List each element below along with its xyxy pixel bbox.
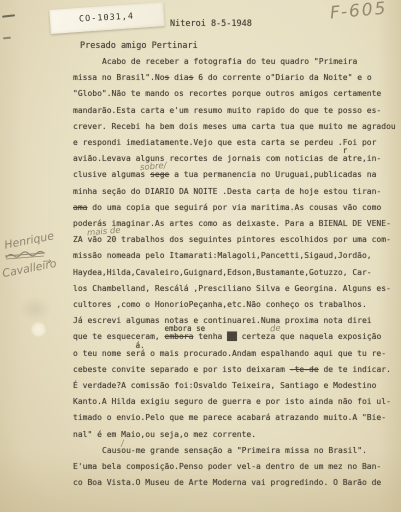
- letter-line: minha seção do DIARIO DA NOITE .Desta ca…: [73, 187, 381, 199]
- pencil-correction: ˙: [290, 211, 294, 219]
- letter-line: ZA vão 20 trabalhos dos seguintes pintor…: [73, 235, 391, 247]
- letter-body: Acabo de receber a fotografia do teu qua…: [0, 57, 401, 497]
- dateline: Niteroi 8-5-1948: [170, 19, 252, 29]
- archive-sticker: CO-1031,4: [49, 2, 164, 34]
- pencil-correction: ´: [270, 195, 274, 203]
- letter-line: missão nomeada pelo Itamarati:Malagoli,P…: [73, 251, 372, 263]
- letter-line: poderás imaginar.As artes como as deixas…: [73, 219, 391, 231]
- letter-line: co Boa Vista.O Museu de Arte Moderna vai…: [73, 478, 381, 490]
- typed-correction: á.: [136, 341, 145, 350]
- pencil-correction: de: [270, 324, 281, 335]
- letter-line: Acabo de receber a fotografia do teu qua…: [102, 57, 357, 69]
- file-code-annotation: F-605: [329, 0, 388, 23]
- letter-line: clusive algumas sege a tua permanencia n…: [73, 170, 376, 182]
- letter-line: Haydea,Hilda,Cavaleiro,Guignard,Edson,Bu…: [73, 268, 372, 280]
- letter-line: É verdade?A comissão foi:Osvaldo Teixeir…: [73, 381, 376, 393]
- letter-line: E'uma bela composição.Penso poder vel-a …: [73, 462, 381, 474]
- letter-line: "Globo".Não te mando os recortes porque …: [73, 89, 381, 101]
- archive-sticker-label: CO-1031,4: [79, 12, 135, 25]
- letter-line: Causou-me grande sensação a "Primeira mi…: [102, 446, 367, 458]
- letter-line: avião.Levava alguns recortes de jornais …: [73, 154, 381, 166]
- letter-line: o teu nome será o mais procurado.Andam e…: [73, 349, 386, 361]
- letter-line: cultores ,como o HonorioPeçanha,etc.Não …: [73, 300, 367, 312]
- typed-correction: r: [343, 146, 348, 155]
- letter-line: crever. Recebi ha bem dois meses uma car…: [73, 122, 396, 134]
- letter-line: timado o envio.Pelo que me parece acabar…: [73, 413, 386, 425]
- letter-line: e respondi imediatamente.Vejo que esta c…: [73, 138, 376, 150]
- scanned-letter-page: CO-1031,4 F-605 Niteroi 8-5-1948 Presado…: [0, 0, 401, 512]
- letter-line: nal" é em Maio,ou seja,o mez corrente.: [73, 430, 256, 442]
- letter-line: missa no Brasil".Nos dias 6 do corrente …: [73, 73, 372, 85]
- paper-smudge: [18, 296, 52, 322]
- salutation: Presado amigo Pertinari: [80, 41, 198, 51]
- letter-line: cebeste convite separado e por isto deix…: [73, 365, 391, 377]
- letter-line: que te esqueceram, embora tenha ██ certe…: [73, 332, 381, 344]
- typed-correction: embora se: [165, 324, 206, 333]
- pencil-dash-mark: [2, 14, 15, 17]
- letter-line: Kanto.A Hilda exigiu seguro de guerra e …: [73, 397, 391, 409]
- letter-line: ama do uma copia que seguirá por via mar…: [73, 203, 381, 215]
- paper-hole-spot: [31, 322, 46, 337]
- letter-line: mandarão.Esta carta e'um resumo muito ra…: [73, 106, 381, 118]
- letter-line: los Chambelland, Rescálá ,Presciliano Si…: [73, 284, 391, 296]
- pencil-dash-mark: [3, 37, 11, 40]
- letter-line: Já escrevi algumas notas e continuarei.N…: [73, 316, 372, 328]
